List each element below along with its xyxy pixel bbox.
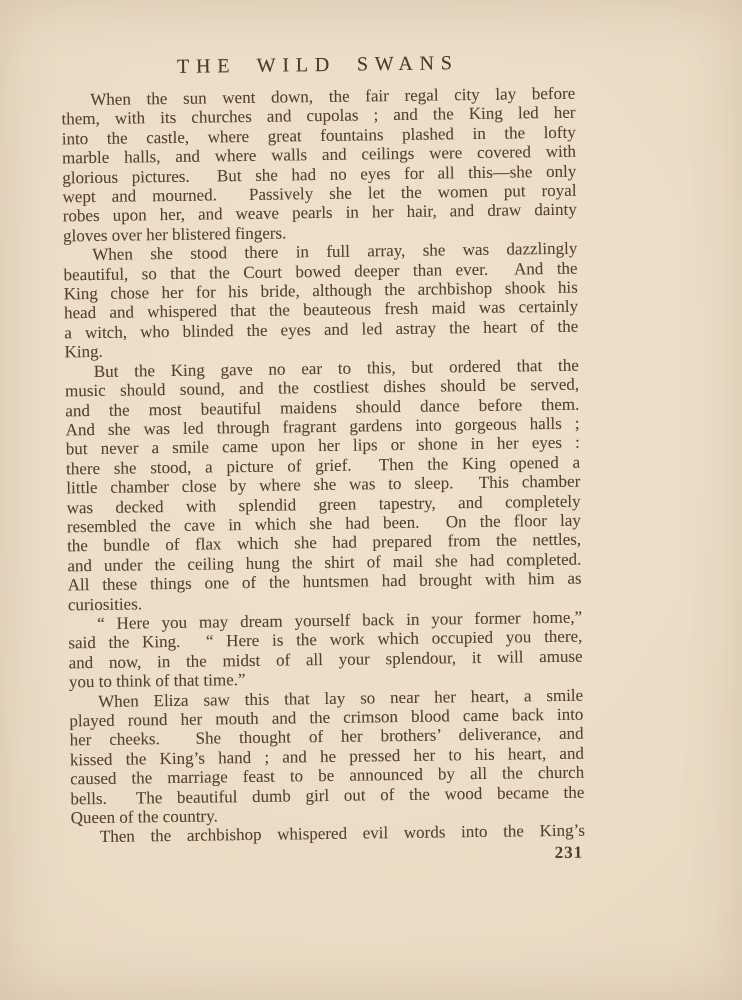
page-number: 231 bbox=[71, 842, 585, 868]
paragraph: “ Here you may dream yourself back in yo… bbox=[68, 608, 583, 692]
body-text: When the sun went down, the fair regal c… bbox=[61, 84, 585, 848]
paragraph: When she stood there in full array, she … bbox=[63, 239, 578, 362]
paragraph: When the sun went down, the fair regal c… bbox=[61, 84, 577, 246]
book-page: THE WILD SWANS When the sun went down, t… bbox=[0, 0, 742, 1000]
paragraph: But the King gave no ear to this, but or… bbox=[65, 355, 582, 614]
chapter-title: THE WILD SWANS bbox=[61, 49, 575, 82]
page-content: THE WILD SWANS When the sun went down, t… bbox=[61, 49, 586, 869]
paragraph: When Eliza saw this that lay so near her… bbox=[69, 685, 585, 828]
